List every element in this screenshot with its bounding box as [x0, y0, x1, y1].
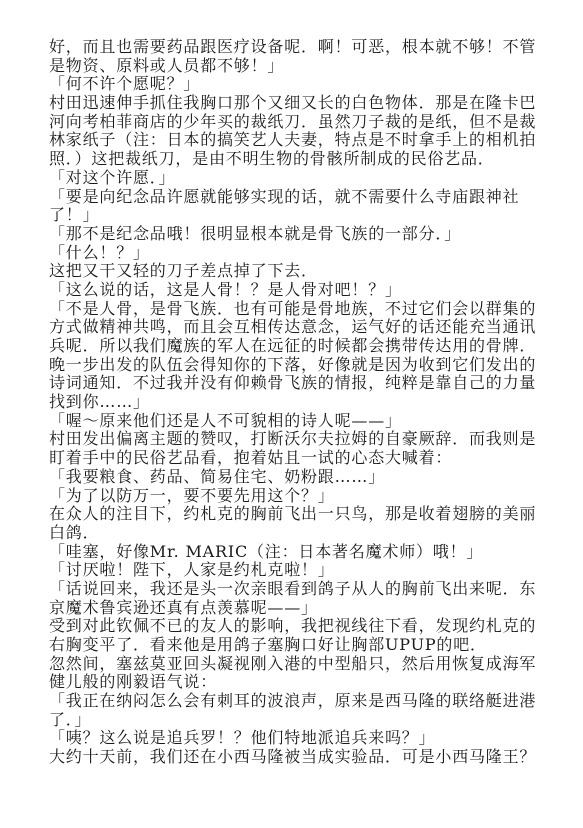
document-page: 好，而且也需要药品跟医疗设备呢．啊！可恶，根本就不够！不管 是物资、原料或人员都… — [49, 38, 549, 767]
text-line: 「话说回来，我还是头一次亲眼看到鸽子从人的胸前飞出来呢．东 — [49, 580, 549, 599]
text-line: 盯着手中的民俗艺品看，抱着姑且一试的心态大喊着： — [49, 449, 549, 468]
text-line: 方式做精神共鸣，而且会互相传达意念，运气好的话还能充当通讯 — [49, 318, 549, 337]
text-line: 林家纸子（注：日本的搞笑艺人夫妻，特点是不时拿手上的相机拍 — [49, 131, 549, 150]
text-line: 在众人的注目下，约札克的胸前飞出一只鸟，那是收着翅膀的美丽 — [49, 505, 549, 524]
text-line: 「咦？这么说是追兵罗！？他们特地派追兵来吗？」 — [49, 729, 549, 748]
text-line: 忽然间，塞兹莫亚回头凝视刚入港的中型船只，然后用恢复成海军 — [49, 655, 549, 674]
text-line: 「这么说的话，这是人骨！？是人骨对吧！？」 — [49, 281, 549, 300]
text-line: 「不是人骨，是骨飞族．也有可能是骨地族，不过它们会以群集的 — [49, 300, 549, 319]
text-line: 照．）这把裁纸刀，是由不明生物的骨骸所制成的民俗艺品． — [49, 150, 549, 169]
text-line: 晚一步出发的队伍会得知你的下落，好像就是因为收到它们发出的 — [49, 356, 549, 375]
text-line: 「喔～原来他们还是人不可貌相的诗人呢——」 — [49, 412, 549, 431]
text-line: 受到对此钦佩不已的友人的影响，我把视线往下看，发现约札克的 — [49, 617, 549, 636]
text-line: 右胸变平了．看来他是用鸽子塞胸口好让胸部UPUP的吧． — [49, 636, 549, 655]
text-line: 是物资、原料或人员都不够！」 — [49, 57, 549, 76]
text-line: 大约十天前，我们还在小西马隆被当成实验品．可是小西马隆王？ — [49, 748, 549, 767]
text-line: 「对这个许愿．」 — [49, 169, 549, 188]
text-line: 诗词通知．不过我并没有仰赖骨飞族的情报，纯粹是靠自己的力量 — [49, 374, 549, 393]
text-line: 村田发出偏离主题的赞叹，打断沃尔夫拉姆的自豪厥辞．而我则是 — [49, 430, 549, 449]
text-line: 「何不许个愿呢？」 — [49, 75, 549, 94]
text-line: 「什么！？」 — [49, 244, 549, 263]
text-line: 「要是向纪念品许愿就能够实现的话，就不需要什么寺庙跟神社 — [49, 188, 549, 207]
text-line: 「那不是纪念品哦！很明显根本就是骨飞族的一部分．」 — [49, 225, 549, 244]
text-line: 「为了以防万一，要不要先用这个？」 — [49, 487, 549, 506]
text-line: 了．」 — [49, 711, 549, 730]
text-line: 「我正在纳闷怎么会有刺耳的波浪声，原来是西马隆的联络艇进港 — [49, 692, 549, 711]
text-line: 「我要粮食、药品、简易住宅、奶粉跟……」 — [49, 468, 549, 487]
text-line: 找到你……」 — [49, 393, 549, 412]
text-line: 这把又干又轻的刀子差点掉了下去． — [49, 262, 549, 281]
text-line: 健儿般的刚毅语气说： — [49, 673, 549, 692]
text-line: 「讨厌啦！陛下，人家是约札克啦！」 — [49, 561, 549, 580]
text-line: 白鸽． — [49, 524, 549, 543]
text-line: 好，而且也需要药品跟医疗设备呢．啊！可恶，根本就不够！不管 — [49, 38, 549, 57]
text-line: 「哇塞，好像Mr. MARIC（注：日本著名魔术师）哦！」 — [49, 543, 549, 562]
text-line: 兵呢．所以我们魔族的军人在远征的时候都会携带传达用的骨牌． — [49, 337, 549, 356]
text-line: 了！」 — [49, 206, 549, 225]
text-line: 河向考柏菲商店的少年买的裁纸刀．虽然刀子裁的是纸，但不是裁 — [49, 113, 549, 132]
text-line: 村田迅速伸手抓住我胸口那个又细又长的白色物体．那是在隆卡巴 — [49, 94, 549, 113]
text-line: 京魔术鲁宾逊还真有点羡慕呢——」 — [49, 599, 549, 618]
